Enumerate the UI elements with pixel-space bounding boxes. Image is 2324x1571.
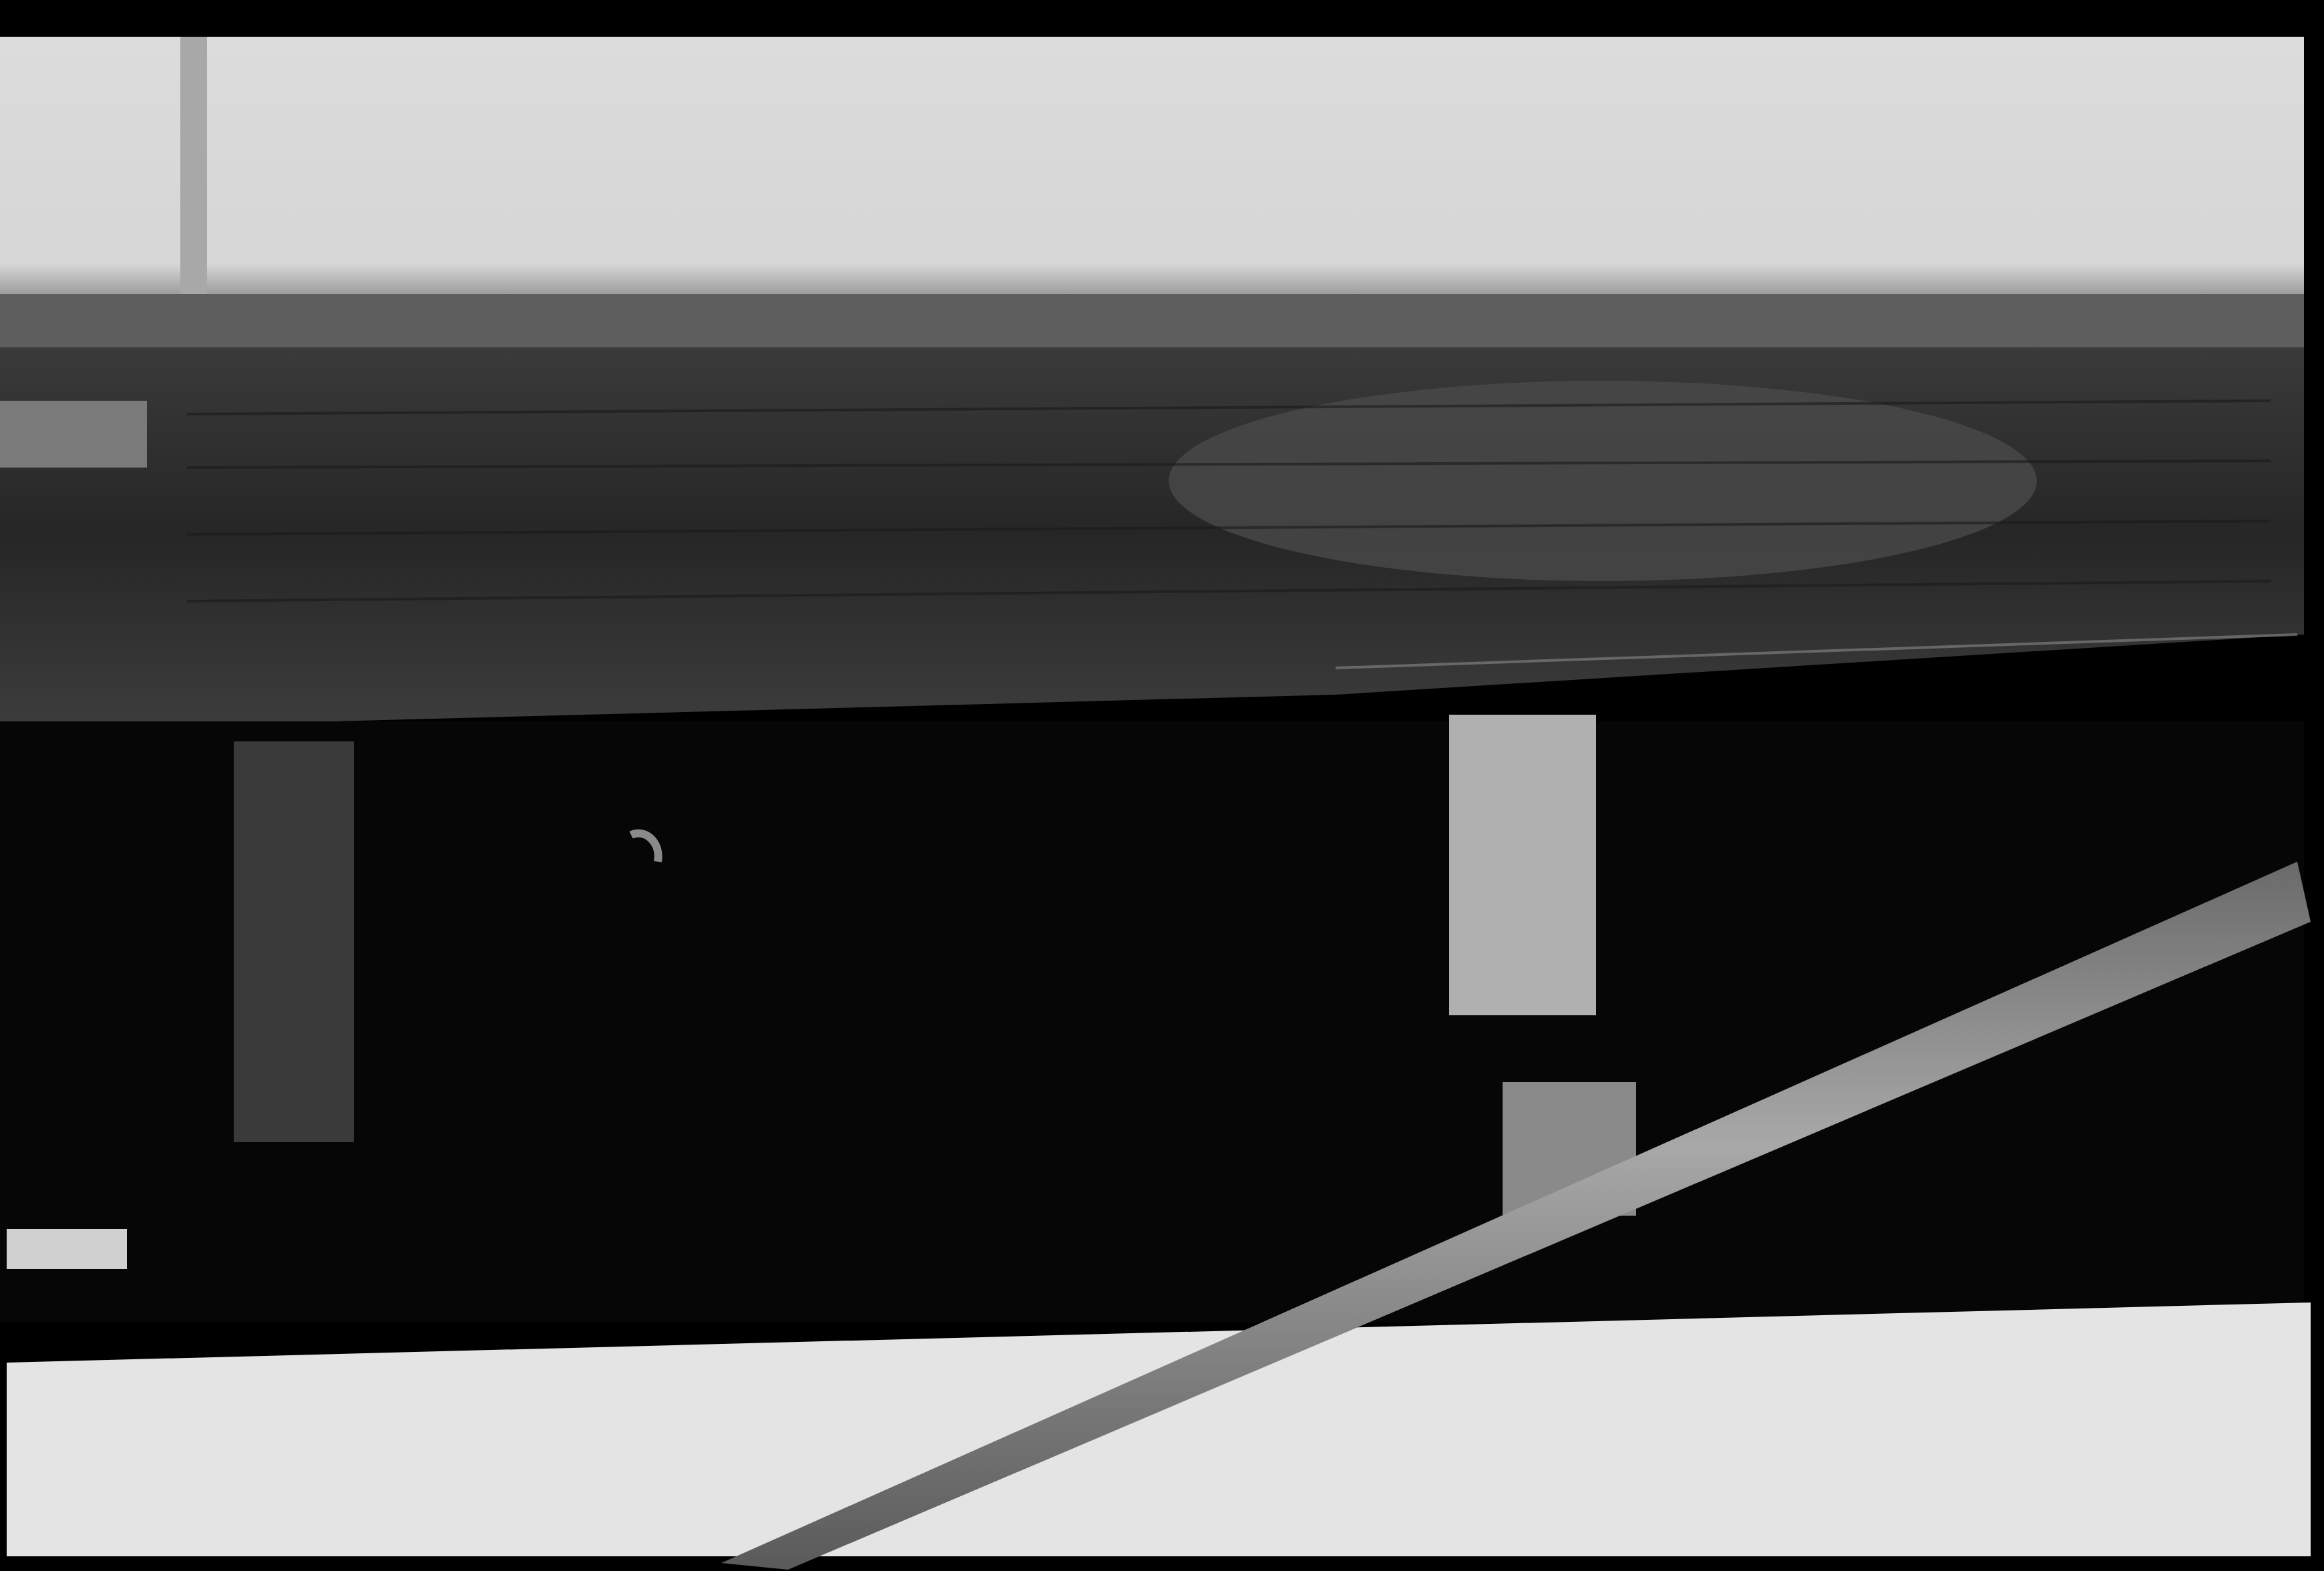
- photo-scene: [0, 0, 2324, 1571]
- vertical-post: [1449, 715, 1596, 1015]
- left-vertical-strip: [180, 37, 207, 304]
- shadow-band: [0, 294, 2304, 354]
- left-log: [234, 741, 354, 1142]
- left-board-end: [0, 401, 147, 468]
- photograph: [0, 0, 2324, 1571]
- bottom-left-board-edge: [7, 1229, 127, 1269]
- beam-highlight: [1169, 381, 2037, 581]
- top-board: [0, 37, 2304, 304]
